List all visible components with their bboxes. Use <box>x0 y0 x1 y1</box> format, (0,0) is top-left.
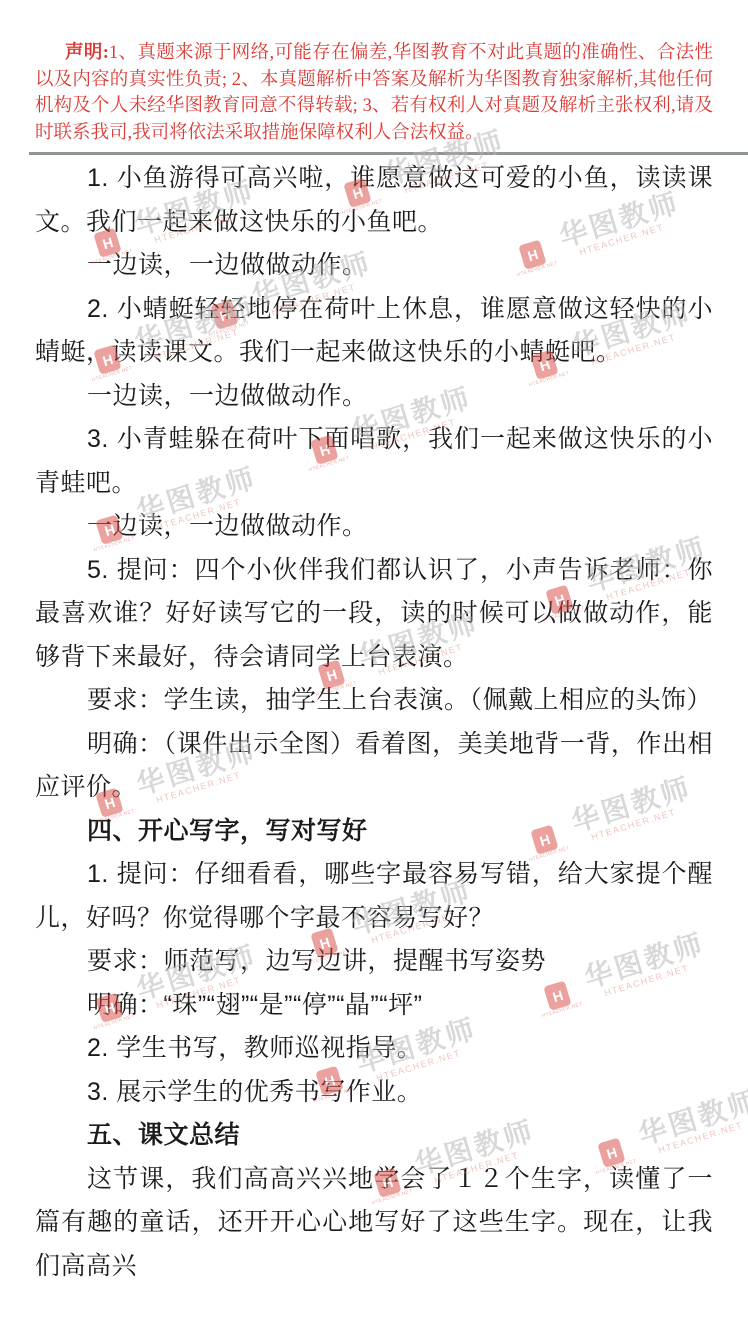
paragraph: 5. 提问：四个小伙伴我们都认识了，小声告诉老师：你最喜欢谁？好好读写它的一段，… <box>35 549 713 680</box>
paragraphs: 1. 小鱼游得可高兴啦，谁愿意做这可爱的小鱼，读读课文。我们一起来做这快乐的小鱼… <box>35 157 713 1288</box>
paragraph: 一边读，一边做做动作。 <box>35 505 713 549</box>
paragraph: 2. 小蜻蜓轻轻地停在荷叶上休息，谁愿意做这轻快的小蜻蜓，读读课文。我们一起来做… <box>35 288 713 375</box>
paragraph: 要求：师范写，边写边讲，提醒书写姿势 <box>35 940 713 984</box>
paragraph: 3. 小青蛙躲在荷叶下面唱歌，我们一起来做这快乐的小青蛙吧。 <box>35 418 713 505</box>
disclaimer-text: 1、真题来源于网络,可能存在偏差,华图教育不对此真题的准确性、合法性以及内容的真… <box>35 43 713 143</box>
paragraph: 1. 小鱼游得可高兴啦，谁愿意做这可爱的小鱼，读读课文。我们一起来做这快乐的小鱼… <box>35 157 713 244</box>
document-content: 声明:1、真题来源于网络,可能存在偏差,华图教育不对此真题的准确性、合法性以及内… <box>0 0 748 1288</box>
divider-line <box>29 152 748 155</box>
paragraph: 2. 学生书写，教师巡视指导。 <box>35 1027 713 1071</box>
disclaimer-label: 声明: <box>65 43 109 63</box>
paragraph: 这节课，我们高高兴兴地学会了１２个生字，读懂了一篇有趣的童话，还开开心心地写好了… <box>35 1158 713 1289</box>
disclaimer: 声明:1、真题来源于网络,可能存在偏差,华图教育不对此真题的准确性、合法性以及内… <box>35 40 713 146</box>
paragraph: 明确：（课件出示全图）看着图，美美地背一背，作出相应评价。 <box>35 723 713 810</box>
paragraph: 3. 展示学生的优秀书写作业。 <box>35 1071 713 1115</box>
paragraph: 一边读，一边做做动作。 <box>35 375 713 419</box>
section-heading: 四、开心写字，写对写好 <box>35 810 713 854</box>
section-heading: 五、课文总结 <box>35 1114 713 1158</box>
document-page: 声明:1、真题来源于网络,可能存在偏差,华图教育不对此真题的准确性、合法性以及内… <box>0 0 748 1335</box>
paragraph: 1. 提问：仔细看看，哪些字最容易写错，给大家提个醒儿，好吗？你觉得哪个字最不容… <box>35 853 713 940</box>
paragraph: 一边读，一边做做动作。 <box>35 244 713 288</box>
paragraph: 要求：学生读，抽学生上台表演。（佩戴上相应的头饰） <box>35 679 713 723</box>
paragraph: 明确：“珠”“翅”“是”“停”“晶”“坪” <box>35 984 713 1028</box>
